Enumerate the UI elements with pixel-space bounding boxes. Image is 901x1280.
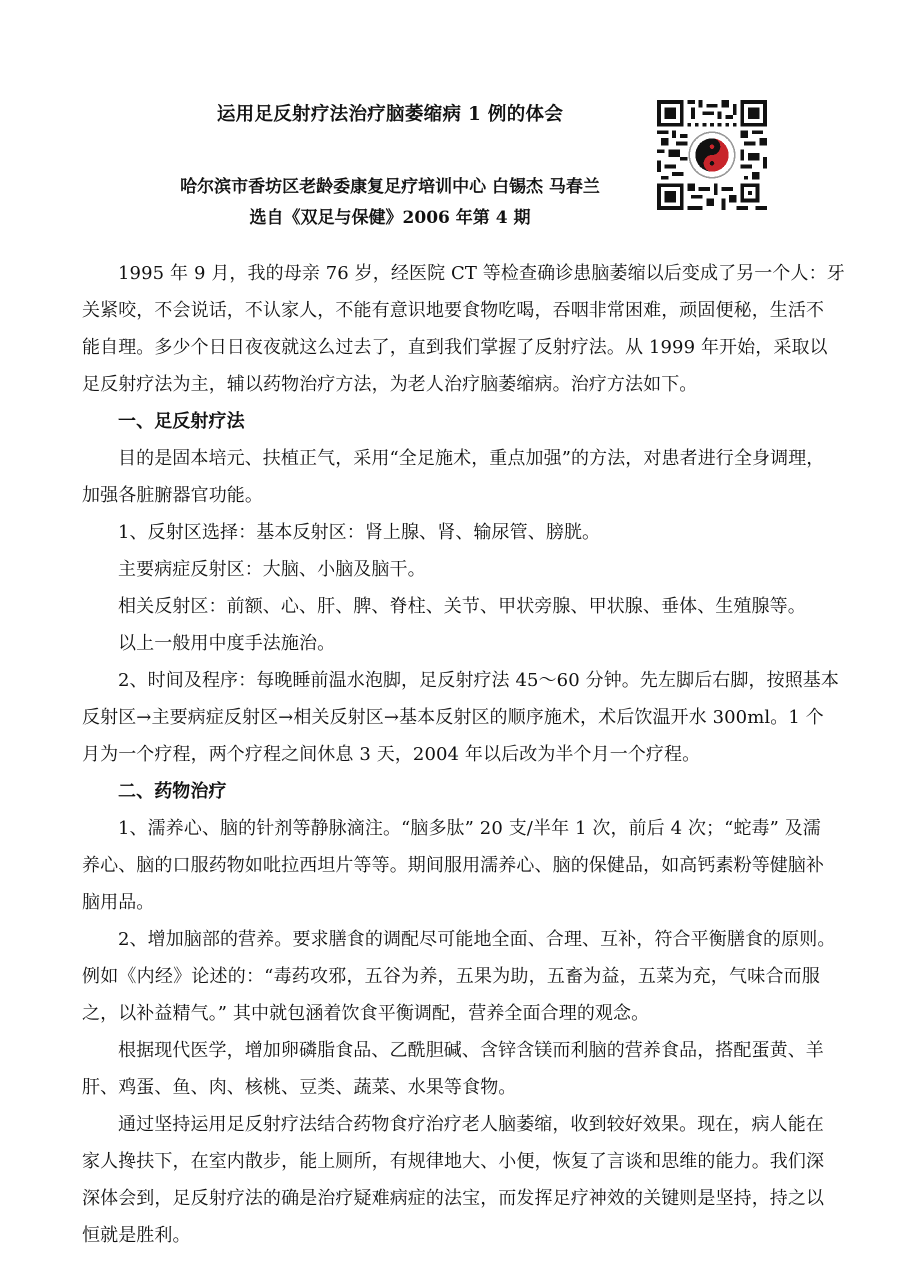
body-line: 关紧咬，不会说话，不认家人，不能有意识地要食物吃喝，吞咽非常困难，顽固便秘，生活… bbox=[82, 296, 820, 326]
body-line: 2、增加脑部的营养。要求膳食的调配尽可能地全面、合理、互补，符合平衡膳食的原则。 bbox=[118, 925, 820, 955]
body-line: 养心、脑的口服药物如吡拉西坦片等等。期间服用濡养心、脑的保健品，如高钙素粉等健脑… bbox=[82, 851, 820, 881]
body-line: 1995 年 9 月，我的母亲 76 岁，经医院 CT 等检查确诊患脑萎缩以后变… bbox=[118, 259, 820, 289]
body-line: 1、反射区选择：基本反射区：肾上腺、肾、输尿管、膀胱。 bbox=[118, 518, 820, 548]
body-line: 以上一般用中度手法施治。 bbox=[118, 629, 820, 659]
body-line: 根据现代医学，增加卵磷脂食品、乙酰胆碱、含锌含镁而利脑的营养食品，搭配蛋黄、羊 bbox=[118, 1036, 820, 1066]
document-page: 运用足反射疗法治疗脑萎缩病 1 例的体会 哈尔滨市香坊区老龄委康复足疗培训中心 … bbox=[0, 0, 901, 1280]
body-line: 家人搀扶下，在室内散步，能上厕所，有规律地大、小便，恢复了言谈和思维的能力。我们… bbox=[82, 1147, 820, 1177]
body-line: 相关反射区：前额、心、肝、脾、脊柱、关节、甲状旁腺、甲状腺、垂体、生殖腺等。 bbox=[118, 592, 820, 622]
body-line: 之，以补益精气。” 其中就包涵着饮食平衡调配，营养全面合理的观念。 bbox=[82, 999, 820, 1029]
body-line: 能自理。多少个日日夜夜就这么过去了，直到我们掌握了反射疗法。从 1999 年开始… bbox=[82, 333, 820, 363]
body-line: 主要病症反射区：大脑、小脑及脑干。 bbox=[118, 555, 820, 585]
source-citation: 选自《双足与保健》2006 年第 4 期 bbox=[120, 203, 660, 228]
body-line: 目的是固本培元、扶植正气，采用“全足施术，重点加强”的方法，对患者进行全身调理， bbox=[118, 444, 820, 474]
body-line: 恒就是胜利。 bbox=[82, 1221, 820, 1251]
section-heading-1: 一、足反射疗法 bbox=[118, 407, 820, 437]
body-line: 1、濡养心、脑的针剂等静脉滴注。“脑多肽” 20 支/半年 1 次，前后 4 次… bbox=[118, 814, 820, 844]
body-line: 深体会到，足反射疗法的确是治疗疑难病症的法宝，而发挥足疗神效的关键则是坚持，持之… bbox=[82, 1184, 820, 1214]
body-line: 反射区→主要病症反射区→相关反射区→基本反射区的顺序施术，术后饮温开水 300m… bbox=[82, 703, 820, 733]
article-title: 运用足反射疗法治疗脑萎缩病 1 例的体会 bbox=[150, 100, 630, 126]
body-line: 肝、鸡蛋、鱼、肉、核桃、豆类、蔬菜、水果等食物。 bbox=[82, 1073, 820, 1103]
body-line: 月为一个疗程，两个疗程之间休息 3 天，2004 年以后改为半个月一个疗程。 bbox=[82, 740, 820, 770]
body-line: 脑用品。 bbox=[82, 888, 820, 918]
body-line: 加强各脏腑器官功能。 bbox=[82, 481, 820, 511]
body-line: 足反射疗法为主，辅以药物治疗方法，为老人治疗脑萎缩病。治疗方法如下。 bbox=[82, 370, 820, 400]
body-line: 例如《内经》论述的：“毒药攻邪，五谷为养，五果为助，五畜为益，五菜为充，气味合而… bbox=[82, 962, 820, 992]
body-line: 通过坚持运用足反射疗法结合药物食疗治疗老人脑萎缩，收到较好效果。现在，病人能在 bbox=[118, 1110, 820, 1140]
body-line: 2、时间及程序：每晚睡前温水泡脚，足反射疗法 45～60 分钟。先左脚后右脚，按… bbox=[118, 666, 820, 696]
author-affiliation: 哈尔滨市香坊区老龄委康复足疗培训中心 白锡杰 马春兰 bbox=[120, 172, 660, 197]
section-heading-2: 二、药物治疗 bbox=[118, 777, 820, 807]
qr-code-icon bbox=[657, 100, 767, 210]
